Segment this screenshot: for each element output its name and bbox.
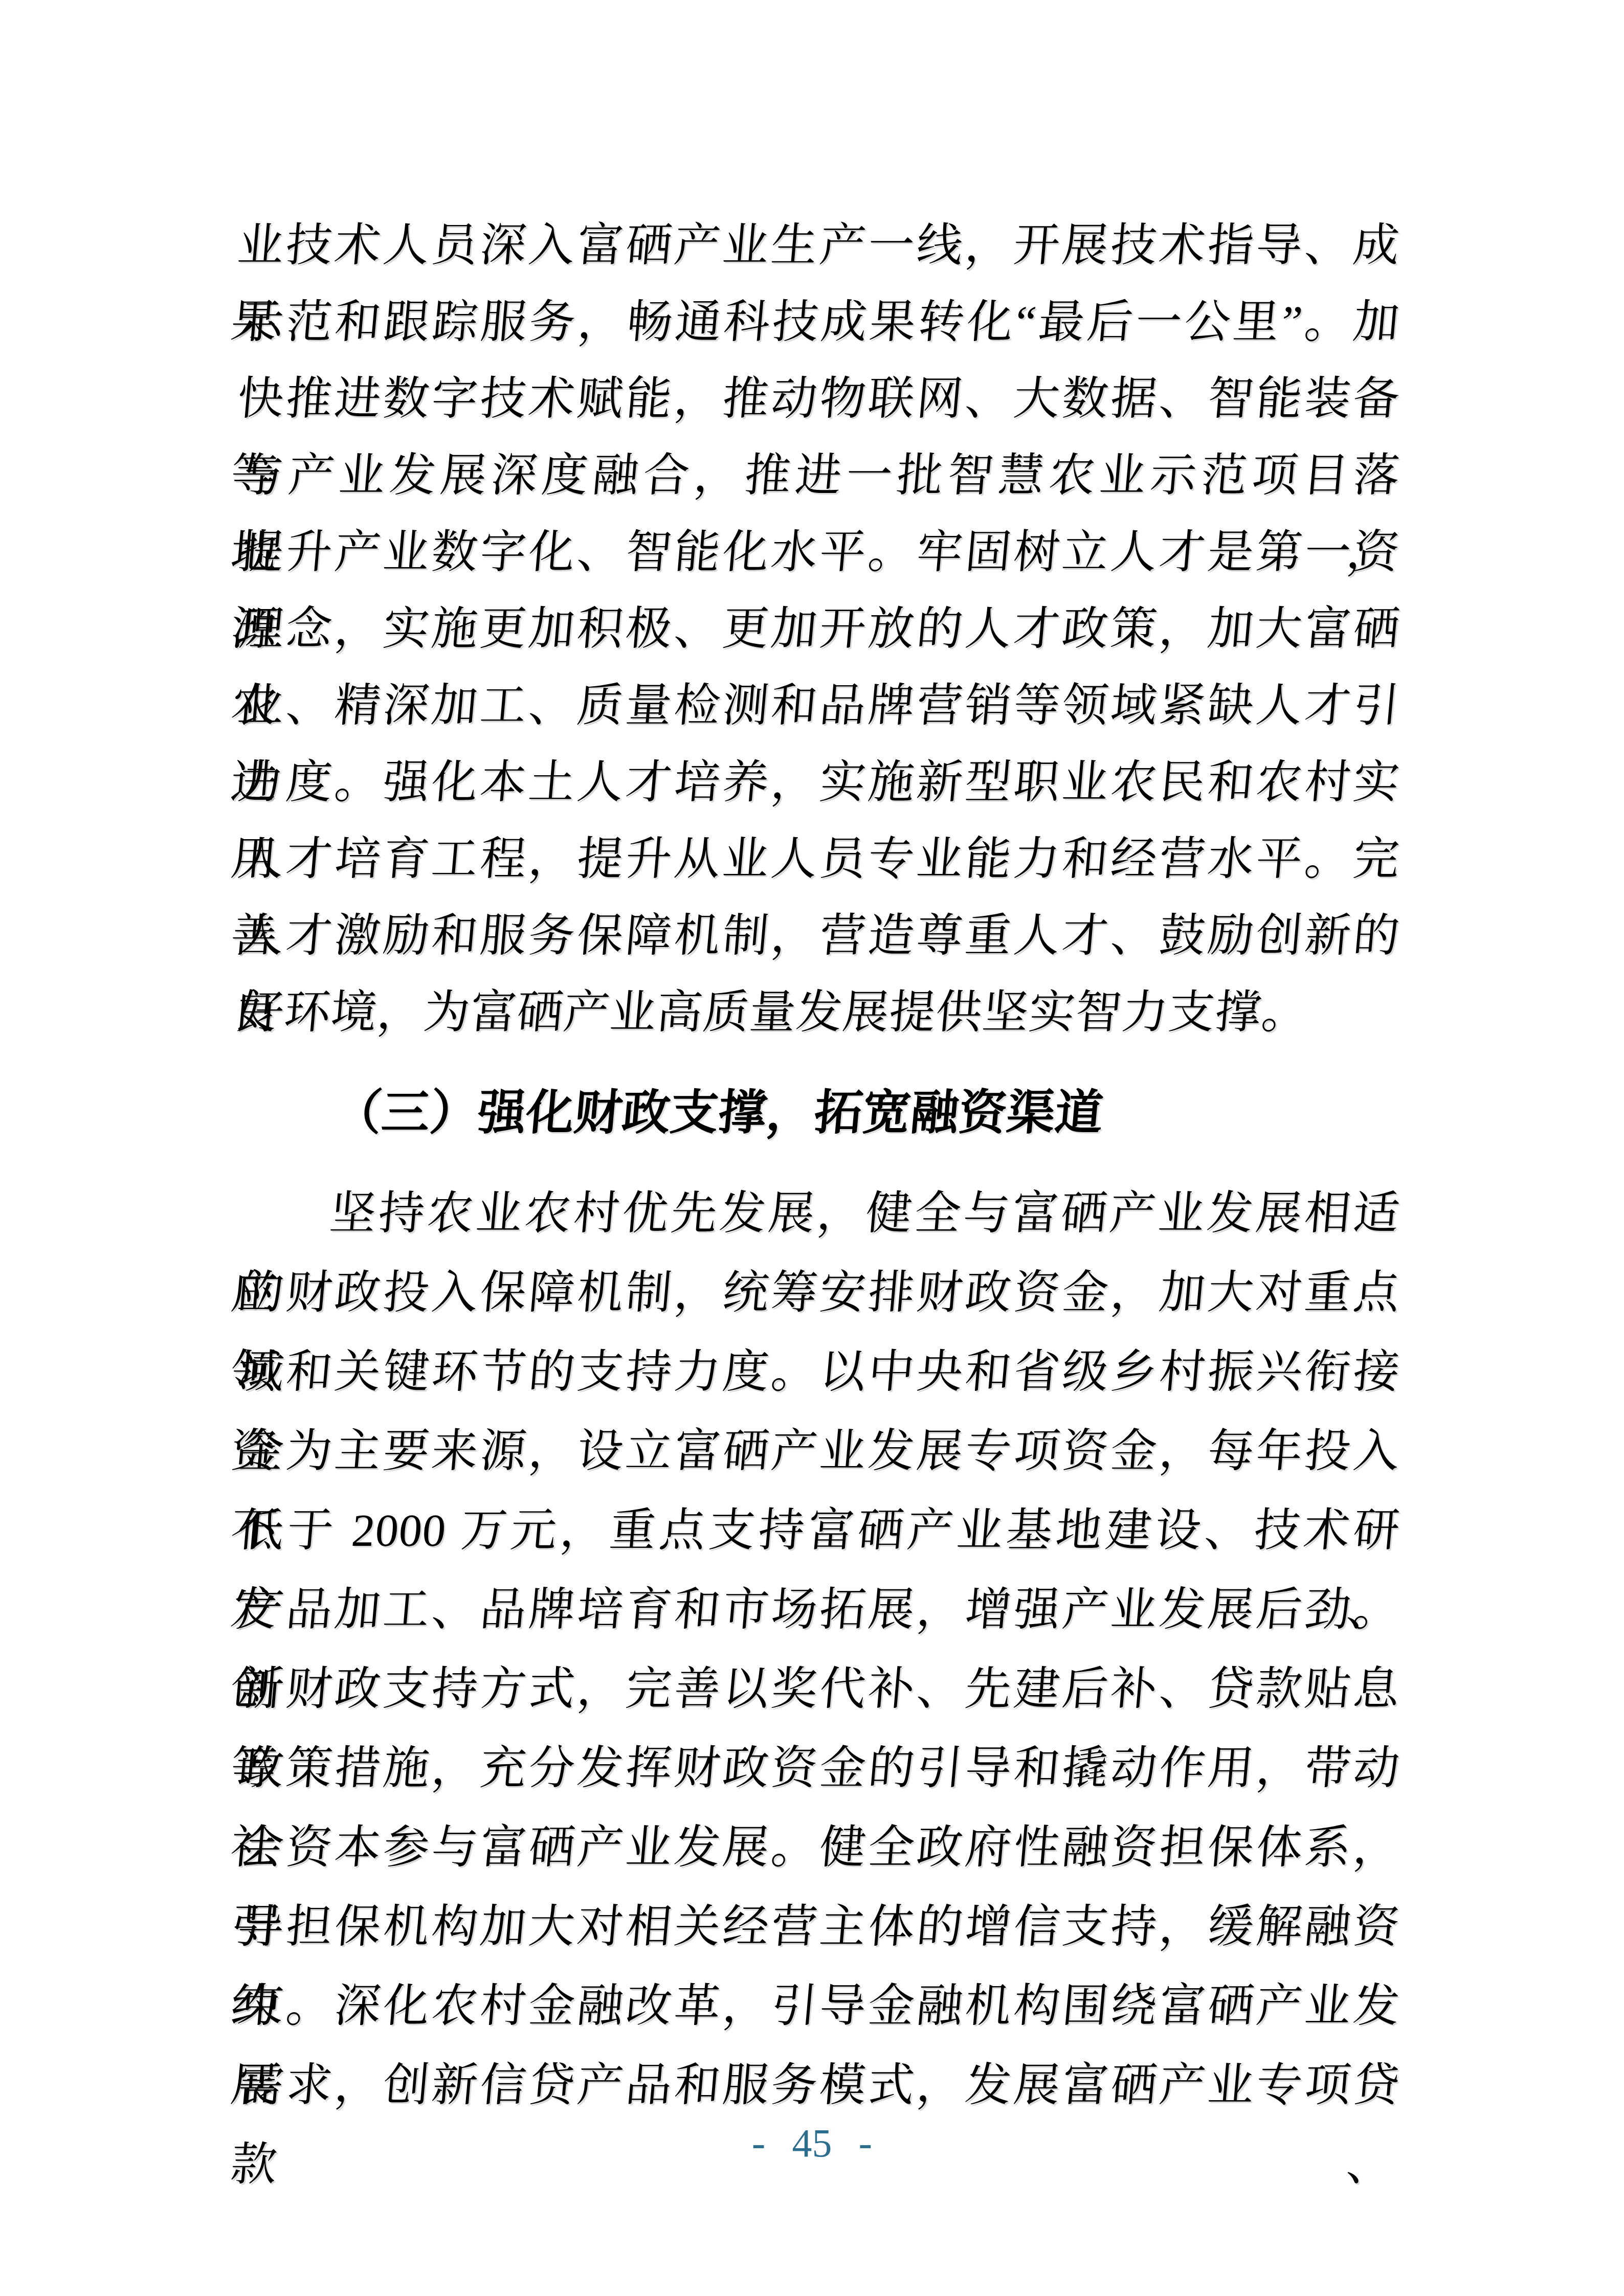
page-body-text: 业技术人员深入富硒产业生产一线，开展技术指导、成果示范和跟踪服务，畅通科技成果转… bbox=[234, 208, 1396, 2125]
document-page: 业技术人员深入富硒产业生产一线，开展技术指导、成果示范和跟踪服务，畅通科技成果转… bbox=[0, 0, 1624, 2296]
text-line: 与产业发展深度融合，推进一批智慧农业示范项目落地， bbox=[234, 438, 1403, 514]
text-line: 政策措施，充分发挥财政资金的引导和撬动作用，带动社 bbox=[234, 1729, 1404, 1808]
text-line: 人才培育工程，提升从业人员专业能力和经营水平。完善 bbox=[234, 821, 1403, 898]
text-line: 业技术人员深入富硒产业生产一线，开展技术指导、成果 bbox=[234, 208, 1403, 284]
page-footer: - 45 - bbox=[0, 2120, 1624, 2166]
text-line: 理念，实施更加积极、更加开放的人才政策，加大富硒农 bbox=[234, 591, 1403, 668]
text-line: 域和关键环节的支持力度。以中央和省级乡村振兴衔接资 bbox=[234, 1333, 1404, 1412]
text-line: 束。深化农村金融改革，引导金融机构围绕富硒产业发展 bbox=[234, 1967, 1404, 2046]
text-line: 产品加工、品牌培育和市场拓展，增强产业发展后劲。创 bbox=[234, 1570, 1404, 1650]
text-line: 示范和跟踪服务，畅通科技成果转化“最后一公里”。加 bbox=[234, 284, 1403, 361]
text-line: 提升产业数字化、智能化水平。牢固树立人才是第一资源 bbox=[234, 514, 1403, 591]
text-line: 力度。强化本土人才培养，实施新型职业农民和农村实用 bbox=[234, 745, 1403, 821]
footer-dash-left: - bbox=[752, 2120, 766, 2166]
text-line: 会资本参与富硒产业发展。健全政府性融资担保体系，引 bbox=[234, 1808, 1404, 1887]
paragraph-finance-support: 坚持农业农村优先发展，健全与富硒产业发展相适应的财政投入保障机制，统筹安排财政资… bbox=[234, 1174, 1396, 2125]
section-heading: （三）强化财政支撑，拓宽融资渠道 bbox=[234, 1074, 1403, 1151]
paragraph-continuation: 业技术人员深入富硒产业生产一线，开展技术指导、成果示范和跟踪服务，畅通科技成果转… bbox=[234, 208, 1396, 1051]
text-line: 金为主要来源，设立富硒产业发展专项资金，每年投入不 bbox=[234, 1412, 1404, 1491]
text-line: 好环境，为富硒产业高质量发展提供坚实智力支撑。 bbox=[234, 975, 1403, 1051]
text-line: 新财政支持方式，完善以奖代补、先建后补、贷款贴息等 bbox=[234, 1650, 1404, 1729]
text-line: 的财政投入保障机制，统筹安排财政资金，加大对重点领 bbox=[234, 1253, 1404, 1333]
text-line: 低于 2000 万元，重点支持富硒产业基地建设、技术研发、 bbox=[234, 1491, 1404, 1570]
text-line: 坚持农业农村优先发展，健全与富硒产业发展相适应 bbox=[234, 1174, 1404, 1253]
text-line: 业、精深加工、质量检测和品牌营销等领域紧缺人才引进 bbox=[234, 668, 1403, 745]
text-line: 人才激励和服务保障机制，营造尊重人才、鼓励创新的良 bbox=[234, 898, 1403, 975]
text-line: 导担保机构加大对相关经营主体的增信支持，缓解融资约 bbox=[234, 1887, 1404, 1967]
text-line: 快推进数字技术赋能，推动物联网、大数据、智能装备等 bbox=[234, 361, 1403, 438]
text-line: 需求，创新信贷产品和服务模式，发展富硒产业专项贷款、 bbox=[234, 2046, 1404, 2125]
footer-dash-right: - bbox=[859, 2120, 873, 2166]
page-number: 45 bbox=[792, 2120, 832, 2166]
